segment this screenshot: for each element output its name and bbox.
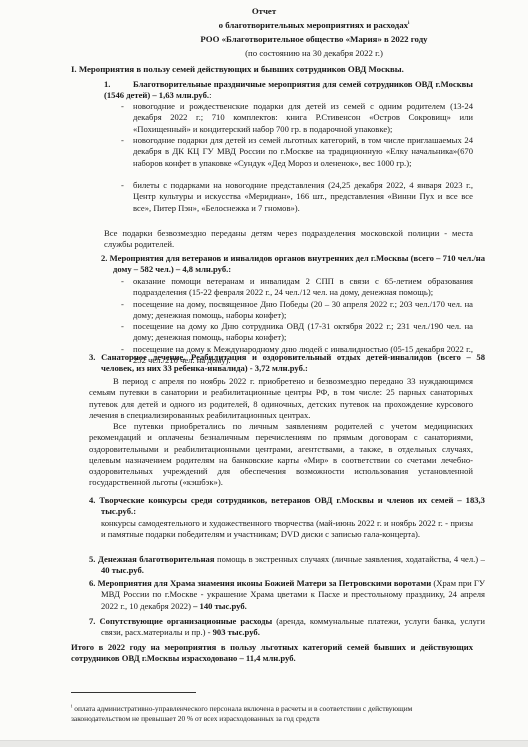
footnote-marker: i [71,705,72,710]
item-title-text: Мероприятия для ветеранов и инвалидов ор… [110,253,485,274]
item-3-paragraph: Все путевки приобретались по личным заяв… [89,421,473,489]
item-number: 4. [89,495,95,505]
bullet-text: новогодние и рождественские подарки для … [133,101,473,134]
bullet-text: посещение на дому ко Дню сотрудника ОВД … [133,321,473,342]
item-title-text: Сопутствующие организационные расходы [99,616,272,626]
document-title: Отчет [0,6,528,17]
item-title-suffix: : [209,90,211,100]
footnote-text: оплата административно-управленческого п… [71,704,412,723]
section-heading: I. Мероприятия в пользу семей действующи… [71,64,404,75]
item-4-text: конкурсы самодеятельного и художественно… [101,518,473,541]
document-page: Отчет о благотворительных мероприятиях и… [0,0,528,740]
total-summary: Итого в 2022 году на мероприятия в польз… [71,642,473,665]
item-1-note: Все подарки безвозмездно переданы детям … [104,228,473,251]
bullet-text: новогодние подарки для детей из семей ль… [133,135,473,168]
bullet-text: билеты с подарками на новогодние предста… [133,180,473,213]
item-1-bullets: -новогодние и рождественские подарки для… [133,101,473,214]
item-number: 5. [89,554,95,564]
subtitle-text: о благотворительных мероприятиях и расхо… [219,20,408,30]
list-item: -посещение на дому ко Дню сотрудника ОВД… [133,321,473,344]
as-of-date: (по состоянию на 30 декабря 2022 г.) [100,48,528,59]
item-7: 7. Сопутствующие организационные расходы… [89,616,485,639]
item-number: 6. [89,578,95,588]
item-number: 2. [101,253,107,263]
footnote: i оплата административно-управленческого… [71,704,451,723]
list-item: -новогодние и рождественские подарки для… [133,101,473,135]
item-title-text: Санаторное лечение. Реабилитация и оздор… [101,352,485,373]
item-3-paragraph: В период с апреля по ноябрь 2022 г. прио… [89,376,473,421]
item-title-text: Благотворительные праздничные мероприяти… [104,79,473,100]
footnote-divider [71,692,196,693]
item-title-text: Творческие конкурсы среди сотрудников, в… [99,495,485,516]
item-2-heading: 2. Мероприятия для ветеранов и инвалидов… [101,253,485,276]
list-item: -посещение на дому, посвященное Дню Побе… [133,299,473,322]
bullet-text: оказание помощи ветеранам и инвалидам 2 … [133,276,473,297]
item-text: помощь в экстренных случаях (личные заяв… [214,554,485,564]
item-title-text: Мероприятия для Храма знамения иконы Бож… [98,578,432,588]
item-1-heading: Благотворительные праздничные мероприяти… [104,79,473,102]
footnote-ref[interactable]: i [408,21,409,26]
item-number: 3. [89,352,95,362]
item-number: 7. [89,616,95,626]
item-amount: – 140 тыс.руб. [193,601,247,611]
page-edge [0,740,528,747]
item-4-heading: 4. Творческие конкурсы среди сотрудников… [89,495,485,518]
item-amount: 903 тыс.руб. [213,627,260,637]
bullet-text: посещение на дому, посвященное Дню Побед… [133,299,473,320]
list-item: -оказание помощи ветеранам и инвалидам 2… [133,276,473,299]
item-3-heading: 3. Санаторное лечение. Реабилитация и оз… [89,352,485,375]
list-item: -новогодние подарки для детей из семей л… [133,135,473,180]
document-subtitle: о благотворительных мероприятиях и расхо… [100,20,528,31]
list-item: -билеты с подарками на новогодние предст… [133,180,473,214]
item-5: 5. Денежная благотворительная помощь в э… [89,554,485,577]
item-6: 6. Мероприятия для Храма знамения иконы … [89,578,485,612]
item-amount: 40 тыс.руб. [101,565,144,575]
item-title-text: Денежная благотворительная [98,554,214,564]
organization-name: РОО «Благотворительное общество «Мария» … [100,34,528,45]
